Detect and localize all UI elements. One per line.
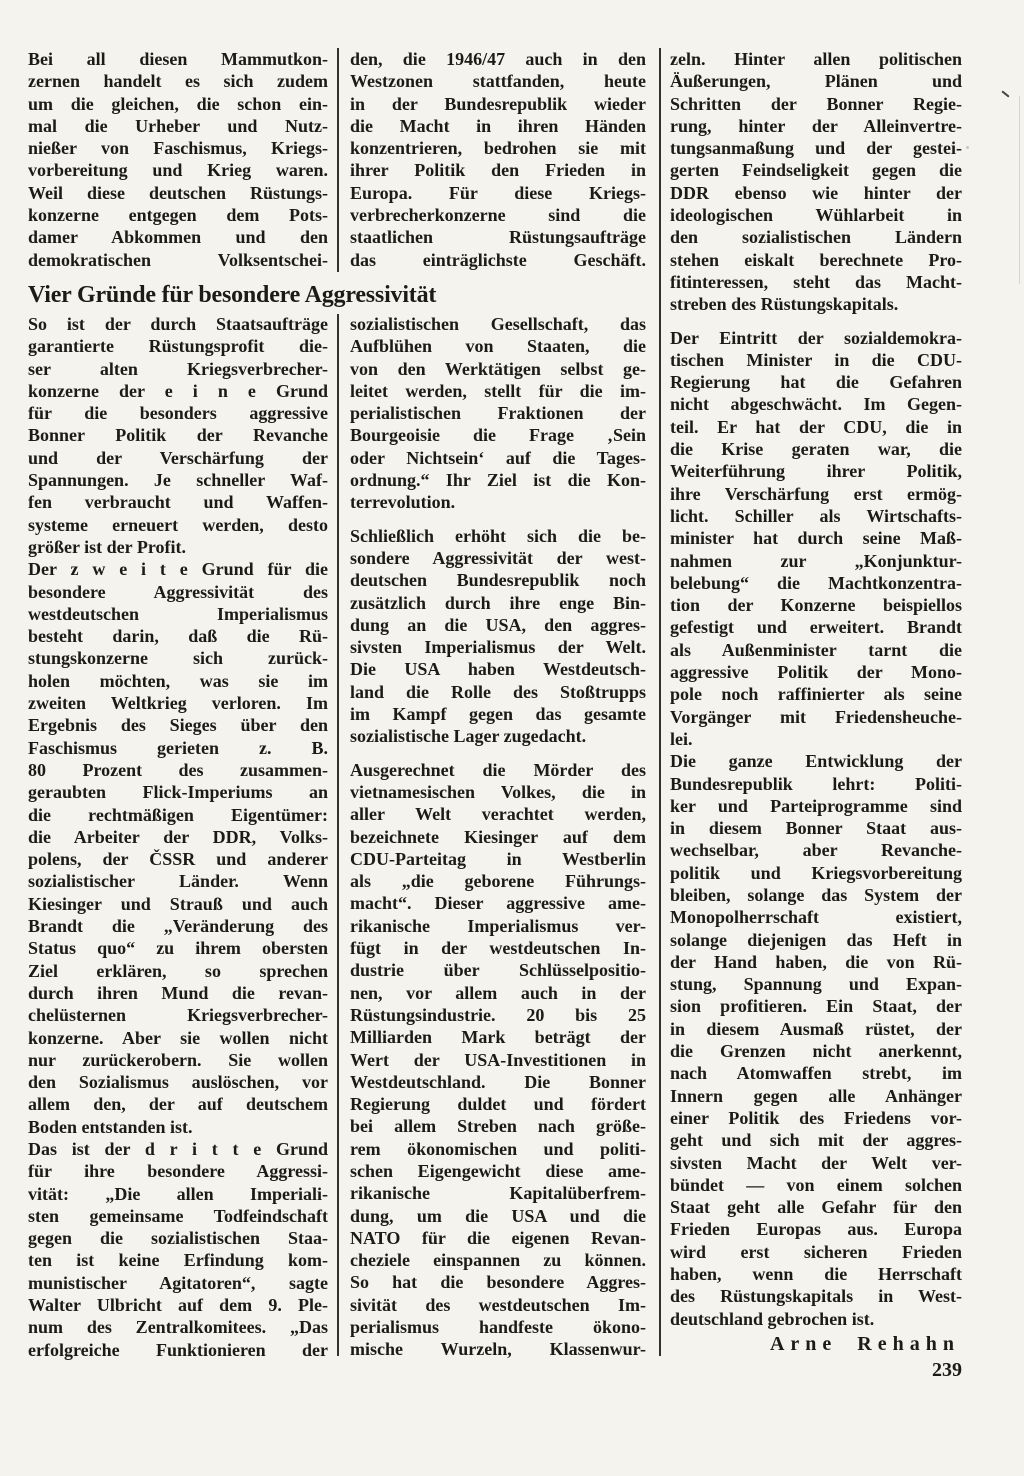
text-line: macht“. Dieser aggressive ame- <box>350 892 646 914</box>
text-line: zernen handelt es sich zudem <box>28 70 328 92</box>
text-line: ser alten Kriegsverbrecher- <box>28 358 328 380</box>
text-line: vorbereitung und Krieg waren. <box>28 159 328 181</box>
text-line: leitet werden, stellt für die im- <box>350 380 646 402</box>
text-line: sivsten Imperialismus der Welt. <box>350 636 646 658</box>
text-line: Regierung hat die Gefahren <box>670 371 962 393</box>
text-line: stung, Spannung und Expan- <box>670 973 962 995</box>
text-line: Wert der USA-Investitionen in <box>350 1049 646 1071</box>
text-line: Ziel erklären, so sprechen <box>28 960 328 982</box>
author-signature: Arne Rehahn <box>670 1333 960 1356</box>
column-divider-right <box>659 48 661 1356</box>
text-line: Bei all diesen Mammutkon- <box>28 48 328 70</box>
text-line: des Rüstungskapitals in West- <box>670 1285 962 1307</box>
text-line: dustrie über Schlüsselpositio- <box>350 959 646 981</box>
text-line: der Hand haben, die von Rü- <box>670 951 962 973</box>
text-line: verbrecherkonzerne sind die <box>350 204 646 226</box>
text-line: cheziele einspannen zu können. <box>350 1249 646 1271</box>
scan-speck <box>1001 90 1009 97</box>
text-line: licht. Schiller als Wirtschafts- <box>670 505 962 527</box>
column-main-left: So ist der durch Staatsaufträgegarantier… <box>28 313 328 1361</box>
paragraph: Bei all diesen Mammutkon-zernen handelt … <box>28 48 328 271</box>
column-divider-left-main <box>337 314 339 1356</box>
text-line: konzerne der e i n e Grund <box>28 380 328 402</box>
text-line: Boden entstanden ist. <box>28 1116 328 1138</box>
paragraph: sozialistischen Gesellschaft, dasAufblüh… <box>350 313 646 514</box>
text-line: Faschismus gerieten z. B. <box>28 737 328 759</box>
text-line: als Außenminister tarnt die <box>670 639 962 661</box>
text-line: Der z w e i t e Grund für die <box>28 558 328 580</box>
text-line: streben des Rüstungskapitals. <box>670 293 962 315</box>
text-line: sion profitieren. Ein Staat, der <box>670 995 962 1017</box>
text-line: rikanische Imperialismus ver- <box>350 915 646 937</box>
text-line: nahmen zur „Konjunktur- <box>670 550 962 572</box>
text-line: 80 Prozent des zusammen- <box>28 759 328 781</box>
text-line: Frieden Europas aus. Europa <box>670 1218 962 1240</box>
text-line: tion der Konzerne beispiellos <box>670 594 962 616</box>
text-line: systeme erneuert werden, desto <box>28 514 328 536</box>
text-line: in diesem Ausmaß rüstet, der <box>670 1018 962 1040</box>
text-line: ihrer Politik den Frieden in <box>350 159 646 181</box>
text-line: konzentrieren, bedrohen sie mit <box>350 137 646 159</box>
text-line: größer ist der Profit. <box>28 536 328 558</box>
text-line: fitinteressen, steht das Macht- <box>670 271 962 293</box>
text-line: zeln. Hinter allen politischen <box>670 48 962 70</box>
paragraph: Der Eintritt der sozialdemokra-tischen M… <box>670 327 962 751</box>
text-line: Ausgerechnet die Mörder des <box>350 759 646 781</box>
text-line: einer Politik des Friedens vor- <box>670 1107 962 1129</box>
text-line: garantierte Rüstungsprofit die- <box>28 335 328 357</box>
text-line: sozialistischer Länder. Wenn <box>28 870 328 892</box>
text-line: Europa. Für diese Kriegs- <box>350 182 646 204</box>
text-line: perialistischen Fraktionen der <box>350 402 646 424</box>
text-line: num des Zentralkomitees. „Das <box>28 1316 328 1338</box>
text-line: Walter Ulbricht auf dem 9. Ple- <box>28 1294 328 1316</box>
text-line: nach Atomwaffen strebt, im <box>670 1062 962 1084</box>
text-line: und der Verschärfung der <box>28 447 328 469</box>
text-line: rung, hinter der Alleinvertre- <box>670 115 962 137</box>
text-line: zweiten Weltkrieg verloren. Im <box>28 692 328 714</box>
text-line: geraubten Flick-Imperiums an <box>28 781 328 803</box>
text-line: Schritten der Bonner Regie- <box>670 93 962 115</box>
text-line: nießer von Faschismus, Kriegs- <box>28 137 328 159</box>
text-line: Ergebnis des Sieges über den <box>28 714 328 736</box>
text-line: aggressive Politik der Mono- <box>670 661 962 683</box>
text-line: sozialistische Lager zugedacht. <box>350 725 646 747</box>
text-line: vietnamesischen Volkes, die in <box>350 781 646 803</box>
text-line: westdeutschen Imperialismus <box>28 603 328 625</box>
text-line: Staat geht alle Gefahr für den <box>670 1196 962 1218</box>
text-line: ten ist keine Erfindung kom- <box>28 1249 328 1271</box>
text-line: So ist der durch Staatsaufträge <box>28 313 328 335</box>
text-line: aller Welt verachtet werden, <box>350 803 646 825</box>
text-line: fen verbraucht und Waffen- <box>28 491 328 513</box>
text-line: stungskonzerne sich zurück- <box>28 647 328 669</box>
section-heading: Vier Gründe für besondere Aggressivität <box>28 281 668 309</box>
text-line: gerten Feindseligkeit gegen die <box>670 159 962 181</box>
text-line: deutschen Bundesrepublik noch <box>350 569 646 591</box>
text-line: Weiterführung ihrer Politik, <box>670 460 962 482</box>
magazine-page: Bei all diesen Mammutkon-zernen handelt … <box>0 0 1024 1476</box>
text-line: im Kampf gegen das gesamte <box>350 703 646 725</box>
text-line: vität: „Die allen Imperiali- <box>28 1183 328 1205</box>
text-line: rikanische Kapitalüberfrem- <box>350 1182 646 1204</box>
text-line: Status quo“ zu ihrem obersten <box>28 937 328 959</box>
text-line: sozialistischen Gesellschaft, das <box>350 313 646 335</box>
text-line: solange diejenigen das Heft in <box>670 929 962 951</box>
text-line: demokratischen Volksentschei- <box>28 249 328 271</box>
text-line: minister hat durch seine Maß- <box>670 527 962 549</box>
text-line: munistischer Agitatoren“, sagte <box>28 1272 328 1294</box>
text-line: Rüstungsindustrie. 20 bis 25 <box>350 1004 646 1026</box>
text-line: DDR ebenso wie hinter der <box>670 182 962 204</box>
text-line: deutschland gebrochen ist. <box>670 1308 962 1330</box>
text-line: damer Abkommen und den <box>28 226 328 248</box>
text-line: holen möchten, was sie im <box>28 670 328 692</box>
text-line: rem ökonomischen und politi- <box>350 1138 646 1160</box>
column-top-left: Bei all diesen Mammutkon-zernen handelt … <box>28 48 328 271</box>
paragraph: So ist der durch Staatsaufträgegarantier… <box>28 313 328 558</box>
text-line: bezeichnete Kiesinger auf dem <box>350 826 646 848</box>
text-line: Brandt die „Veränderung des <box>28 915 328 937</box>
text-line: sivsten Macht der Welt ver- <box>670 1152 962 1174</box>
paragraph: zeln. Hinter allen politischenÄußerungen… <box>670 48 962 316</box>
text-line: erfolgreiche Funktionieren der <box>28 1339 328 1361</box>
text-line: konzerne entgegen dem Pots- <box>28 204 328 226</box>
text-line: Westzonen stattfanden, heute <box>350 70 646 92</box>
text-line: stehen eiskalt berechnete Pro- <box>670 249 962 271</box>
text-line: nen, vor allem auch in der <box>350 982 646 1004</box>
text-line: für die besonders aggressive <box>28 402 328 424</box>
scan-dot <box>966 146 969 149</box>
text-line: dung, um die USA und die <box>350 1205 646 1227</box>
text-line: lei. <box>670 728 962 750</box>
text-line: bei allem Streben nach größe- <box>350 1115 646 1137</box>
text-line: gefestigt und erweitert. Brandt <box>670 616 962 638</box>
text-line: haben, wenn die Herrschaft <box>670 1263 962 1285</box>
text-line: bleiben, solange das System der <box>670 884 962 906</box>
text-line: ordnung.“ Ihr Ziel ist die Kon- <box>350 469 646 491</box>
text-line: tischen Minister in die CDU- <box>670 349 962 371</box>
text-line: Regierung duldet und fördert <box>350 1093 646 1115</box>
text-line: die Arbeiter der DDR, Volks- <box>28 826 328 848</box>
paragraph: den, die 1946/47 auch in denWestzonen st… <box>350 48 646 271</box>
text-line: So hat die besondere Aggres- <box>350 1271 646 1293</box>
text-line: von den Werktätigen selbst ge- <box>350 358 646 380</box>
text-line: das einträglichste Geschäft. <box>350 249 646 271</box>
text-line: die Macht in ihren Händen <box>350 115 646 137</box>
text-line: Bundesrepublik lehrt: Politi- <box>670 773 962 795</box>
text-line: oder Nichtsein‘ auf die Tages- <box>350 447 646 469</box>
text-line: pole noch raffinierter als seine <box>670 683 962 705</box>
text-line: den, die 1946/47 auch in den <box>350 48 646 70</box>
text-line: staatlichen Rüstungsaufträge <box>350 226 646 248</box>
text-line: den Sozialismus auslöschen, vor <box>28 1071 328 1093</box>
column-divider-left-top <box>337 48 339 272</box>
text-line: Schließlich erhöht sich die be- <box>350 525 646 547</box>
paragraph: Schließlich erhöht sich die be-sondere A… <box>350 525 646 748</box>
text-line: um die gleichen, die schon ein- <box>28 93 328 115</box>
column-main-middle: sozialistischen Gesellschaft, dasAufblüh… <box>350 313 646 1361</box>
text-line: Westdeutschland. Die Bonner <box>350 1071 646 1093</box>
text-line: sivität des westdeutschen Im- <box>350 1294 646 1316</box>
text-line: gegen die sozialistischen Staa- <box>28 1227 328 1249</box>
text-line: den sozialistischen Ländern <box>670 226 962 248</box>
text-line: Äußerungen, Plänen und <box>670 70 962 92</box>
text-line: Weil diese deutschen Rüstungs- <box>28 182 328 204</box>
text-line: Milliarden Mark beträgt der <box>350 1026 646 1048</box>
text-line: Monopolherrschaft existiert, <box>670 906 962 928</box>
text-line: wird erst sicheren Frieden <box>670 1241 962 1263</box>
text-line: mal die Urheber und Nutz- <box>28 115 328 137</box>
text-line: zusätzlich durch ihre enge Bin- <box>350 592 646 614</box>
text-line: bündet — von einem solchen <box>670 1174 962 1196</box>
paragraph: Der z w e i t e Grund für diebesondere A… <box>28 558 328 1138</box>
text-line: Vorgänger mit Friedensheuche- <box>670 706 962 728</box>
text-line: Spannungen. Je schneller Waf- <box>28 469 328 491</box>
text-line: belebung“ die Machtkonzentra- <box>670 572 962 594</box>
paragraph: Ausgerechnet die Mörder desvietnamesisch… <box>350 759 646 1361</box>
text-line: besteht darin, daß die Rü- <box>28 625 328 647</box>
paragraph: Die ganze Entwicklung derBundesrepublik … <box>670 750 962 1330</box>
text-line: besondere Aggressivität des <box>28 581 328 603</box>
column-right: zeln. Hinter allen politischenÄußerungen… <box>670 48 962 1330</box>
text-line: politik und Kriegsvorbereitung <box>670 862 962 884</box>
text-line: Kiesinger und Strauß und auch <box>28 893 328 915</box>
column-top-middle: den, die 1946/47 auch in denWestzonen st… <box>350 48 646 271</box>
text-line: NATO für die eigenen Revan- <box>350 1227 646 1249</box>
text-line: land die Rolle des Stoßtrupps <box>350 681 646 703</box>
text-line: in diesem Bonner Staat aus- <box>670 817 962 839</box>
text-line: in der Bundesrepublik wieder <box>350 93 646 115</box>
text-line: fügt in der westdeutschen In- <box>350 937 646 959</box>
text-line: perialismus handfeste ökono- <box>350 1316 646 1338</box>
text-line: tungsanmaßung und der gestei- <box>670 137 962 159</box>
text-line: Aufblühen von Staaten, die <box>350 335 646 357</box>
text-line: die rechtmäßigen Eigentümer: <box>28 804 328 826</box>
scan-line-artifact <box>1019 96 1020 284</box>
text-line: CDU-Parteitag in Westberlin <box>350 848 646 870</box>
text-line: nur zurückerobern. Sie wollen <box>28 1049 328 1071</box>
text-line: polens, der ČSSR und anderer <box>28 848 328 870</box>
text-line: terrevolution. <box>350 491 646 513</box>
text-line: die Krise geraten war, die <box>670 438 962 460</box>
text-line: Die ganze Entwicklung der <box>670 750 962 772</box>
text-line: Das ist der d r i t t e Grund <box>28 1138 328 1160</box>
text-line: mische Wurzeln, Klassenwur- <box>350 1338 646 1360</box>
text-line: durch ihren Mund die revan- <box>28 982 328 1004</box>
text-line: wechselbar, aber Revanche- <box>670 839 962 861</box>
text-line: ker und Parteiprogramme sind <box>670 795 962 817</box>
text-line: Der Eintritt der sozialdemokra- <box>670 327 962 349</box>
text-line: sondere Aggressivität der west- <box>350 547 646 569</box>
paragraph: Das ist der d r i t t e Grundfür ihre be… <box>28 1138 328 1361</box>
text-line: die Grenzen nicht anerkennt, <box>670 1040 962 1062</box>
page-number: 239 <box>670 1359 962 1382</box>
text-line: konzerne. Aber sie wollen nicht <box>28 1027 328 1049</box>
text-line: als „die geborene Führungs- <box>350 870 646 892</box>
text-line: für ihre besondere Aggressi- <box>28 1160 328 1182</box>
text-line: schen Eigengewicht diese ame- <box>350 1160 646 1182</box>
text-line: teil. Er hat der CDU, die in <box>670 416 962 438</box>
text-line: Die USA haben Westdeutsch- <box>350 658 646 680</box>
text-line: geht und sich mit der aggres- <box>670 1129 962 1151</box>
text-line: Bourgeoisie die Frage ‚Sein <box>350 424 646 446</box>
text-line: Innern gegen alle Anhänger <box>670 1085 962 1107</box>
text-line: chelüsternen Kriegsverbrecher- <box>28 1004 328 1026</box>
text-line: allem den, der auf deutschem <box>28 1093 328 1115</box>
text-line: sten gemeinsame Todfeindschaft <box>28 1205 328 1227</box>
text-line: ideologischen Wühlarbeit in <box>670 204 962 226</box>
text-line: ihre Verschärfung erst ermög- <box>670 483 962 505</box>
text-line: nicht abgeschwächt. Im Gegen- <box>670 393 962 415</box>
text-line: dung an die USA, den aggres- <box>350 614 646 636</box>
text-line: Bonner Politik der Revanche <box>28 424 328 446</box>
